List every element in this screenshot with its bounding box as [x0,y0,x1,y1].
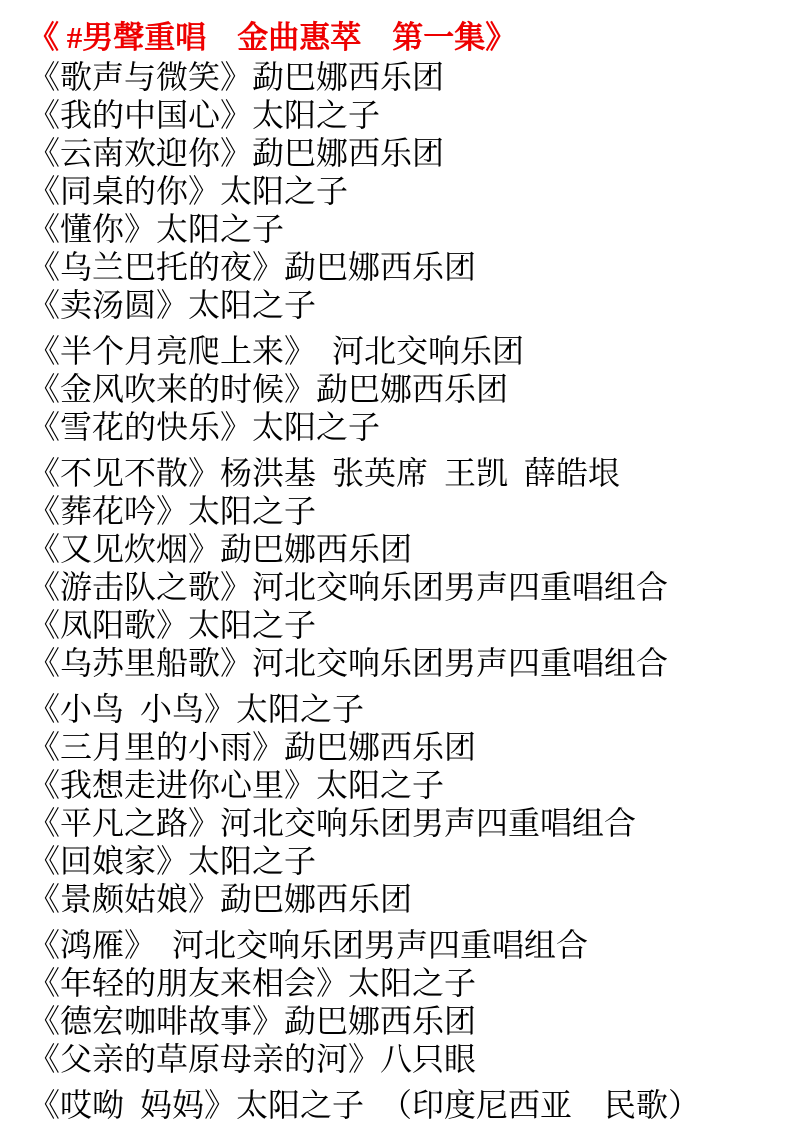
song-line: 《同桌的你》太阳之子 [28,172,788,210]
song-group: 《鸿雁》 河北交响乐团男声四重唱组合《年轻的朋友来相会》太阳之子《德宏咖啡故事》… [28,926,788,1078]
song-line: 《雪花的快乐》太阳之子 [28,408,788,446]
song-line: 《歌声与微笑》勐巴娜西乐团 [28,58,788,96]
song-line: 《回娘家》太阳之子 [28,842,788,880]
song-line: 《不见不散》杨洪基 张英席 王凯 薛皓垠 [28,454,788,492]
song-line: 《景颇姑娘》勐巴娜西乐团 [28,880,788,918]
song-group: 《歌声与微笑》勐巴娜西乐团《我的中国心》太阳之子《云南欢迎你》勐巴娜西乐团《同桌… [28,58,788,324]
song-line: 《云南欢迎你》勐巴娜西乐团 [28,134,788,172]
song-line: 《父亲的草原母亲的河》八只眼 [28,1040,788,1078]
song-list: 《歌声与微笑》勐巴娜西乐团《我的中国心》太阳之子《云南欢迎你》勐巴娜西乐团《同桌… [28,58,788,1123]
page-title: 《 #男聲重唱 金曲惠萃 第一集》 [28,20,788,56]
song-line: 《我的中国心》太阳之子 [28,96,788,134]
song-line: 《乌兰巴托的夜》勐巴娜西乐团 [28,248,788,286]
song-line: 《三月里的小雨》勐巴娜西乐团 [28,728,788,766]
song-group: 《哎呦 妈妈》太阳之子 （印度尼西亚 民歌） [28,1086,788,1123]
song-group: 《小鸟 小鸟》太阳之子《三月里的小雨》勐巴娜西乐团《我想走进你心里》太阳之子《平… [28,690,788,918]
song-line: 《游击队之歌》河北交响乐团男声四重唱组合 [28,568,788,606]
song-line: 《半个月亮爬上来》 河北交响乐团 [28,332,788,370]
song-line: 《哎呦 妈妈》太阳之子 （印度尼西亚 民歌） [28,1086,788,1123]
song-line: 《懂你》太阳之子 [28,210,788,248]
song-line: 《又见炊烟》勐巴娜西乐团 [28,530,788,568]
song-group: 《半个月亮爬上来》 河北交响乐团《金风吹来的时候》勐巴娜西乐团《雪花的快乐》太阳… [28,332,788,446]
song-line: 《凤阳歌》太阳之子 [28,606,788,644]
song-line: 《平凡之路》河北交响乐团男声四重唱组合 [28,804,788,842]
song-line: 《鸿雁》 河北交响乐团男声四重唱组合 [28,926,788,964]
song-line: 《我想走进你心里》太阳之子 [28,766,788,804]
song-line: 《葬花吟》太阳之子 [28,492,788,530]
song-group: 《不见不散》杨洪基 张英席 王凯 薛皓垠《葬花吟》太阳之子《又见炊烟》勐巴娜西乐… [28,454,788,682]
song-line: 《乌苏里船歌》河北交响乐团男声四重唱组合 [28,644,788,682]
song-line: 《金风吹来的时候》勐巴娜西乐团 [28,370,788,408]
song-line: 《小鸟 小鸟》太阳之子 [28,690,788,728]
song-line: 《卖汤圆》太阳之子 [28,286,788,324]
song-line: 《德宏咖啡故事》勐巴娜西乐团 [28,1002,788,1040]
song-line: 《年轻的朋友来相会》太阳之子 [28,964,788,1002]
document-page: 《 #男聲重唱 金曲惠萃 第一集》 《歌声与微笑》勐巴娜西乐团《我的中国心》太阳… [0,0,794,1123]
